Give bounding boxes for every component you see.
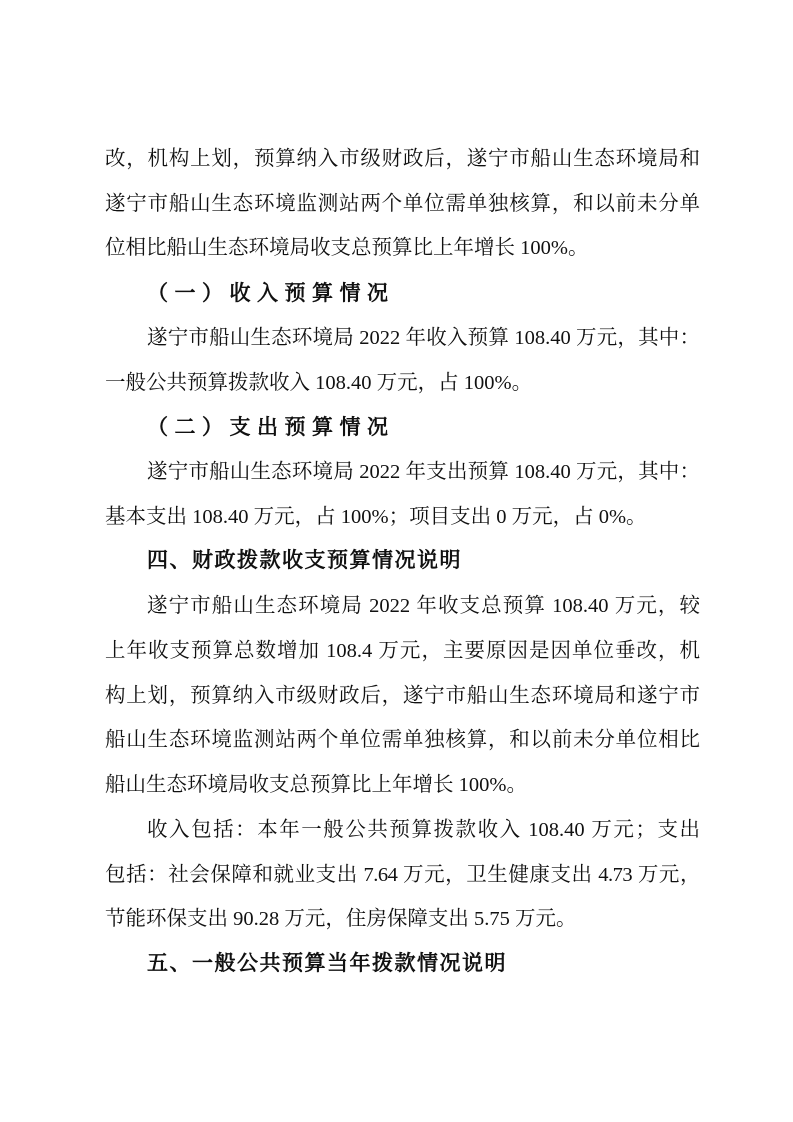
paragraph-intro-continuation: 改，机构上划，预算纳入市级财政后，遂宁市船山生态环境局和 遂宁市船山生态环境监测… [105,137,700,271]
heading-income-budget: （一）收入预算情况 [105,271,700,316]
text-line: 上年收支预算总数增加 108.4 万元，主要原因是因单位垂改，机 [105,629,700,674]
text-line: 遂宁市船山生态环境监测站两个单位需单独核算，和以前未分单 [105,182,700,227]
heading-expense-budget: （二）支出预算情况 [105,405,700,450]
text-line: 收入包括：本年一般公共预算拨款收入 108.40 万元；支出 [105,808,700,853]
text-line: 船山生态环境监测站两个单位需单独核算，和以前未分单位相比 [105,718,700,763]
paragraph-expense-budget: 遂宁市船山生态环境局 2022 年支出预算 108.40 万元，其中： 基本支出… [105,450,700,539]
text-line: 船山生态环境局收支总预算比上年增长 100%。 [105,763,700,808]
document-body: 改，机构上划，预算纳入市级财政后，遂宁市船山生态环境局和 遂宁市船山生态环境监测… [105,137,700,987]
text-line: 节能环保支出 90.28 万元，住房保障支出 5.75 万元。 [105,897,700,942]
document-page: 改，机构上划，预算纳入市级财政后，遂宁市船山生态环境局和 遂宁市船山生态环境监测… [0,0,793,1122]
text-line: 遂宁市船山生态环境局 2022 年收支总预算 108.40 万元，较 [105,584,700,629]
text-line: 改，机构上划，预算纳入市级财政后，遂宁市船山生态环境局和 [105,137,700,182]
paragraph-fiscal-summary: 遂宁市船山生态环境局 2022 年收支总预算 108.40 万元，较 上年收支预… [105,584,700,808]
text-line: 遂宁市船山生态环境局 2022 年支出预算 108.40 万元，其中： [105,450,700,495]
heading-section-four-fiscal-appropriation: 四、财政拨款收支预算情况说明 [105,539,700,584]
text-line: 包括：社会保障和就业支出 7.64 万元，卫生健康支出 4.73 万元， [105,853,700,898]
text-line: 构上划，预算纳入市级财政后，遂宁市船山生态环境局和遂宁市 [105,674,700,719]
heading-section-five-general-public-budget: 五、一般公共预算当年拨款情况说明 [105,942,700,987]
text-line: 一般公共预算拨款收入 108.40 万元，占 100%。 [105,361,700,406]
text-line: 遂宁市船山生态环境局 2022 年收入预算 108.40 万元，其中： [105,316,700,361]
paragraph-income-budget: 遂宁市船山生态环境局 2022 年收入预算 108.40 万元，其中： 一般公共… [105,316,700,405]
paragraph-income-expense-breakdown: 收入包括：本年一般公共预算拨款收入 108.40 万元；支出 包括：社会保障和就… [105,808,700,942]
text-line: 位相比船山生态环境局收支总预算比上年增长 100%。 [105,226,700,271]
text-line: 基本支出 108.40 万元，占 100%；项目支出 0 万元，占 0%。 [105,495,700,540]
